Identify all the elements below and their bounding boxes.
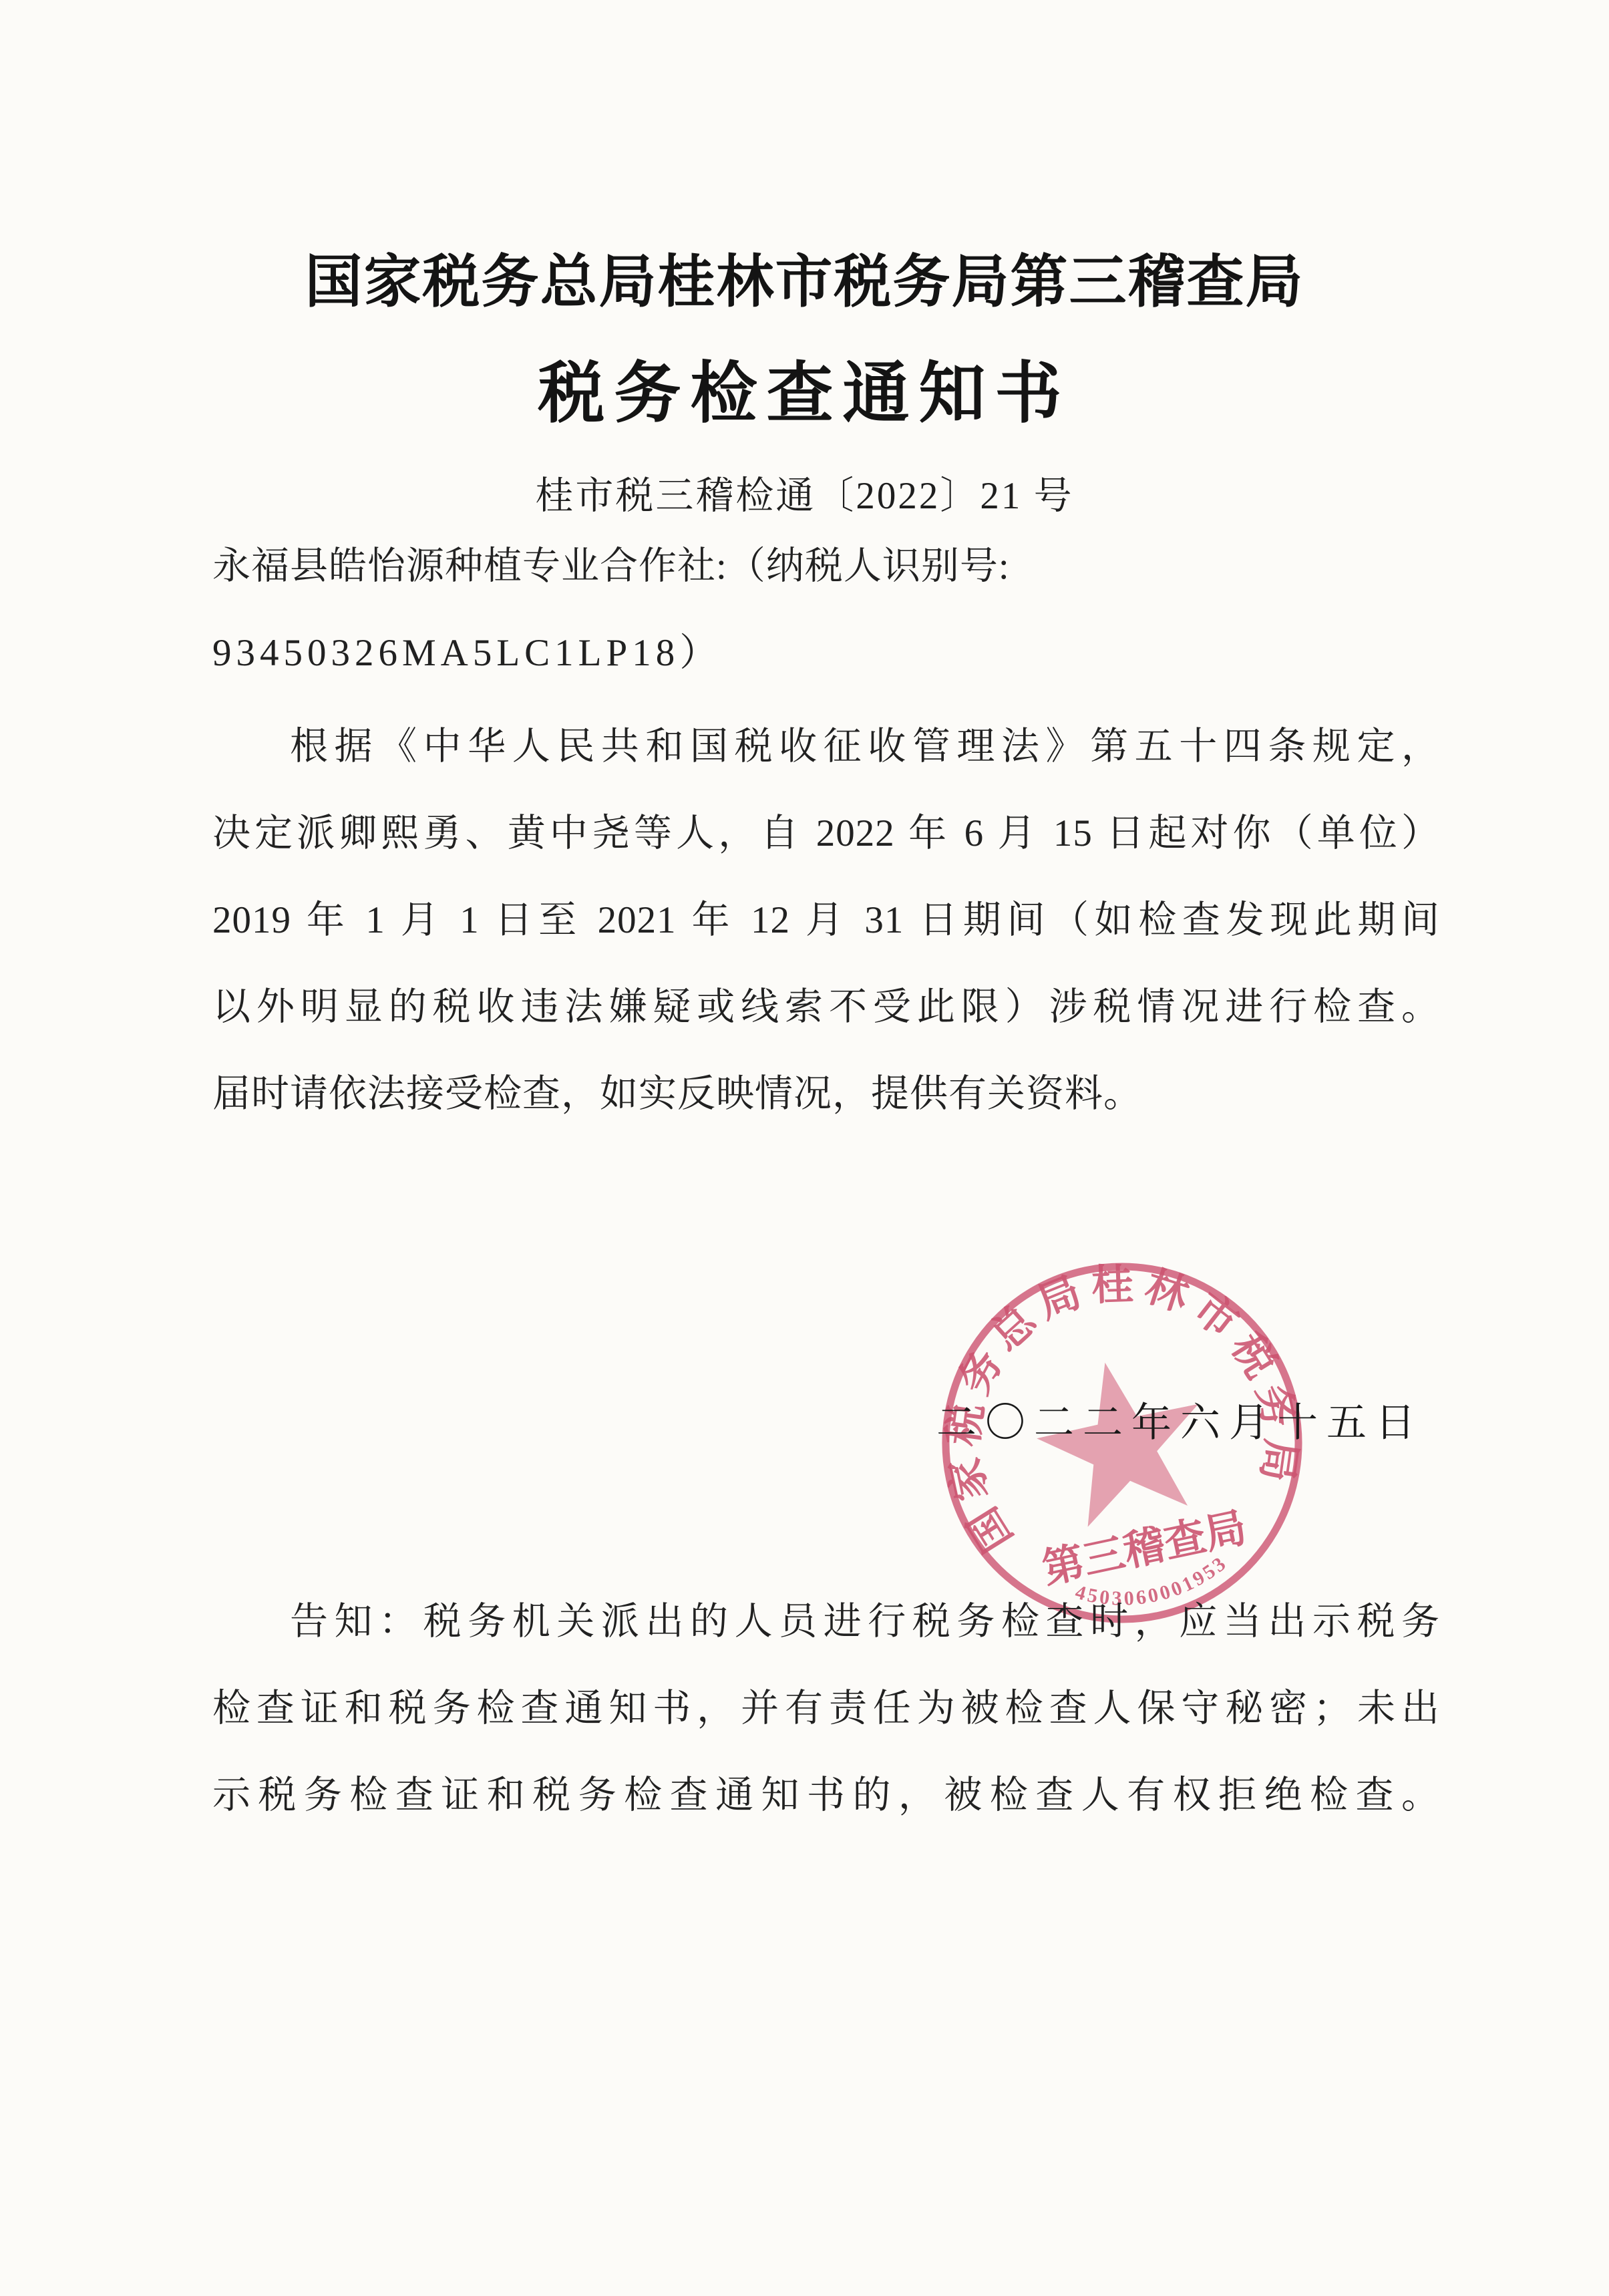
seal-branch-label: 第三稽查局 <box>1039 1504 1251 1593</box>
issue-date: 二〇二二年六月十五日 <box>936 1391 1424 1448</box>
body-line: 2019 年 1 月 1 日至 2021 年 12 月 31 日期间（如检查发现… <box>212 896 1440 945</box>
notice-line: 检查证和税务检查通知书，并有责任为被检查人保守秘密；未出 <box>212 1685 1440 1733</box>
body-line: 届时请依法接受检查，如实反映情况，提供有关资料。 <box>212 1070 1440 1118</box>
taxpayer-id-line: 93450326MA5LC1LP18） <box>212 629 1440 677</box>
notice-line: 示税务检查证和税务检查通知书的，被检查人有权拒绝检查。 <box>212 1772 1440 1820</box>
recipient-line: 永福县皓怡源种植专业合作社:（纳税人识别号: <box>212 542 1440 591</box>
body-line: 根据《中华人民共和国税收征收管理法》第五十四条规定， <box>212 723 1440 771</box>
notice-line: 告知：税务机关派出的人员进行税务检查时，应当出示税务 <box>212 1598 1440 1646</box>
body-line: 决定派卿熙勇、黄中尧等人，自 2022 年 6 月 15 日起对你（单位） <box>212 810 1440 858</box>
document-type-title: 税务检查通知书 <box>0 339 1609 436</box>
body-line: 以外明显的税收违法嫌疑或线索不受此限）涉税情况进行检查。 <box>212 983 1440 1031</box>
document-page: 国家税务总局桂林市税务局第三稽查局 税务检查通知书 桂市税三稽检通〔2022〕2… <box>0 0 1609 2296</box>
document-number: 桂市税三稽检通〔2022〕21 号 <box>0 465 1609 520</box>
issuing-authority-title: 国家税务总局桂林市税务局第三稽查局 <box>0 235 1609 318</box>
